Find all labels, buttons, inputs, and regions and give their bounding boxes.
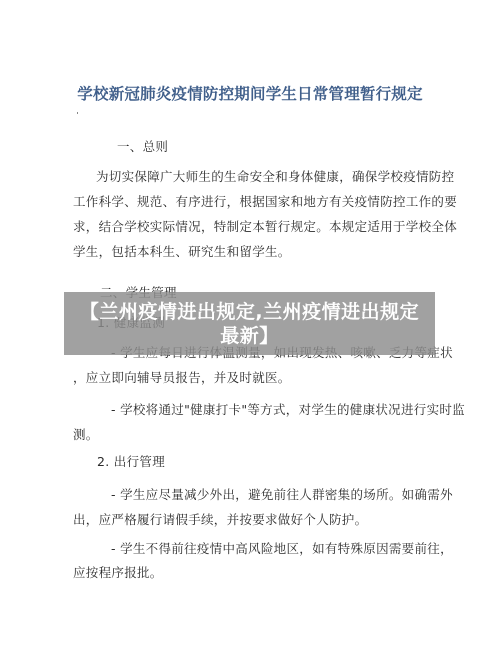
list-item-line: - 学生不得前往疫情中高风险地区，如有特殊原因需要前往， xyxy=(111,539,453,557)
banner-title: 【兰州疫情进出规定,兰州疫情进出规定最新】 xyxy=(75,300,425,348)
section-heading-general: 一、总则 xyxy=(117,137,168,155)
list-item-line: 出，应严格履行请假手续，并按要求做好个人防护。 xyxy=(73,510,367,528)
overlay-banner: 【兰州疫情进出规定,兰州疫情进出规定最新】 xyxy=(64,292,435,355)
stray-mark xyxy=(77,112,78,114)
paragraph-line: 求，结合学校实际情况，特制定本暂行规定。本规定适用于学校全体 xyxy=(73,217,457,235)
list-item-line: ，应立即向辅导员报告，并及时就医。 xyxy=(73,368,291,386)
list-item-line: - 学校将通过"健康打卡"等方式，对学生的健康状况进行实时监 xyxy=(111,400,465,418)
list-item-line: 应按程序报批。 xyxy=(73,563,163,581)
paragraph-line: 学生，包括本科生、研究生和留学生。 xyxy=(73,242,291,260)
document-title: 学校新冠肺炎疫情防控期间学生日常管理暂行规定 xyxy=(0,82,500,104)
paragraph-line: 为切实保障广大师生的生命安全和身体健康，确保学校疫情防控 xyxy=(96,167,454,185)
list-item-line: - 学生应尽量减少外出，避免前往人群密集的场所。如确需外 xyxy=(111,485,453,503)
subsection-heading-travel: 2. 出行管理 xyxy=(97,452,165,470)
list-item-line: 测。 xyxy=(73,425,99,443)
document-page: 学校新冠肺炎疫情防控期间学生日常管理暂行规定 一、总则 为切实保障广大师生的生命… xyxy=(0,0,500,647)
paragraph-line: 工作科学、规范、有序进行，根据国家和地方有关疫情防控工作的要 xyxy=(73,192,457,210)
